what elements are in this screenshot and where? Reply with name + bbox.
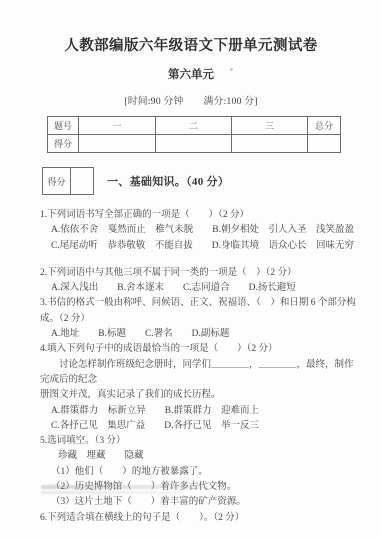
question-2-options: A.深入浅出 B.舍本逐末 C.志同道合 D.扬长避短	[40, 281, 358, 296]
question-3-stem: 3.书信的格式一般由称呼、问候语、正文、祝福语、（ ）和日期 6 个部分构成。（…	[40, 296, 358, 327]
question-5: 5.选词填空。（3 分） 珍藏 埋藏 隐藏 （1）他们（ ）的地方被暴露了。 （…	[40, 434, 358, 510]
question-4-options-ab: A.群策群力 标新立异 B.群策群力 迎难而上	[40, 404, 358, 419]
score-value-cell	[156, 135, 232, 153]
score-row-label: 得分	[48, 135, 79, 153]
unit-subtitle: 第六单元	[0, 66, 382, 82]
score-table-value-row: 得分	[48, 135, 341, 153]
question-6-stem: 6.下列适合填在横线上的句子是（ ）。（2 分）	[40, 511, 358, 526]
question-4: 4.填入下列句子中的成语最恰当的一项是（ ）（2 分） 讨论怎样制作班级纪念册时…	[40, 342, 358, 434]
score-value-cell	[308, 135, 341, 153]
score-value-cell	[79, 135, 156, 153]
question-3-options: A.地址 B.标题 C.署名 D.副标题	[40, 327, 358, 342]
question-1: 1.下列词语书写全部正确的一项是（ ）（2 分） A.依依不舍 戛然而止 稚气未…	[40, 208, 358, 254]
question-6: 6.下列适合填在横线上的句子是（ ）。（2 分）	[40, 511, 358, 526]
score-header-cell: 二	[156, 117, 232, 135]
question-1-options-cd: C.尾尾动听 恭恭敬敬 不能自拔 D.身临其境 语众心长 回味无穷	[40, 239, 358, 254]
score-header-cell: 总分	[308, 117, 341, 135]
section-score-row: 得分 一、基础知识。（40 分）	[42, 167, 382, 195]
question-1-options-ab: A.依依不舍 戛然而止 稚气未脱 B.朝夕相处 引人入圣 浅笑盈盈	[40, 223, 358, 238]
question-5-item-1: （1）他们（ ）的地方被暴露了。	[40, 465, 358, 480]
section-title: 一、基础知识。（40 分）	[107, 173, 229, 189]
question-4-passage-line-1: 讨论怎样制作班级纪念册时，同学们＿＿＿＿，＿＿＿＿，最终，制作完成后的纪念	[40, 358, 358, 389]
question-2: 2.下列词语中与其他三项不属于同一类的一项是（ ）（2 分） A.深入浅出 B.…	[40, 266, 358, 297]
score-table-header-row: 题号 一 二 三 总分	[48, 117, 341, 135]
score-box-value	[71, 168, 93, 194]
section-score-box: 得分	[42, 167, 94, 195]
score-header-cell: 三	[232, 117, 308, 135]
score-value-cell	[232, 135, 308, 153]
question-5-word-bank: 珍藏 埋藏 隐藏	[40, 449, 358, 464]
score-header-cell: 题号	[48, 117, 79, 135]
paper-title: 人教部编版六年级语文下册单元测试卷	[0, 0, 382, 55]
question-body: 1.下列词语书写全部正确的一项是（ ）（2 分） A.依依不舍 戛然而止 稚气未…	[40, 208, 358, 526]
question-1-stem: 1.下列词语书写全部正确的一项是（ ）（2 分）	[40, 208, 358, 223]
question-5-stem: 5.选词填空。（3 分）	[40, 434, 358, 449]
score-box-label: 得分	[43, 168, 71, 194]
score-summary-table: 题号 一 二 三 总分 得分	[47, 116, 341, 153]
question-3: 3.书信的格式一般由称呼、问候语、正文、祝福语、（ ）和日期 6 个部分构成。（…	[40, 296, 358, 342]
scan-noise-dot	[230, 68, 233, 71]
time-score-meta: [时间:90 分钟 满分:100 分]	[0, 93, 382, 107]
question-4-stem: 4.填入下列句子中的成语最恰当的一项是（ ）（2 分）	[40, 342, 358, 357]
question-2-stem: 2.下列词语中与其他三项不属于同一类的一项是（ ）（2 分）	[40, 266, 358, 281]
question-4-options-cd: C.各抒己见 集思广益 D.各抒己见 举一反三	[40, 419, 358, 434]
faded-cutoff-text-line-2	[41, 491, 183, 494]
question-5-item-3: （3）这片土地下（ ）着丰富的矿产资源。	[40, 495, 358, 510]
exam-paper: 人教部编版六年级语文下册单元测试卷 第六单元 [时间:90 分钟 满分:100 …	[0, 0, 382, 540]
question-4-passage-line-2: 册图文并茂，真实记录了我们的成长历程。	[40, 388, 358, 403]
faded-cutoff-text-line-1	[41, 485, 209, 489]
score-header-cell: 一	[79, 117, 156, 135]
